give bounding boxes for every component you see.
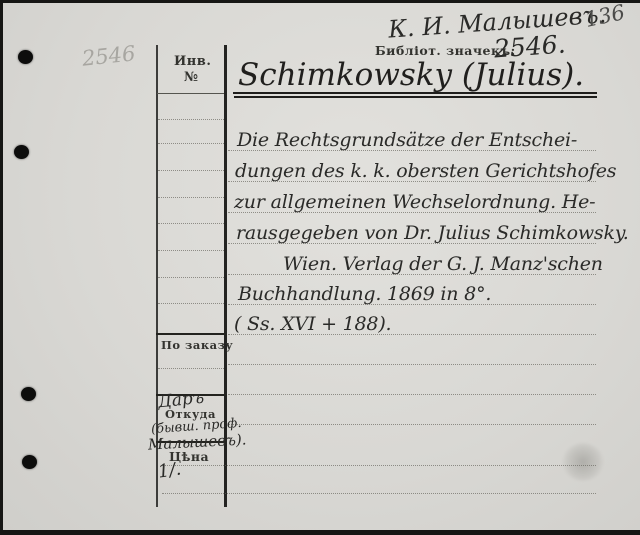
column-ruled-line — [158, 143, 224, 144]
body-line: ( Ss. XVI + 188). — [234, 315, 391, 334]
column-ruled-line — [158, 223, 224, 224]
price-value: 1/. — [157, 460, 183, 481]
main-ruled-line — [228, 424, 596, 425]
smudge-mark — [562, 443, 604, 481]
scan-edge-left — [0, 0, 3, 535]
body-line: dungen des k. k. obersten Gerichtshofes — [235, 162, 616, 181]
punch-hole — [21, 387, 36, 401]
body-line: Die Rechtsgrundsätze der Entschei- — [237, 131, 577, 150]
page-number: 136 — [583, 2, 627, 31]
heading-underline — [233, 92, 597, 94]
column-rule — [157, 93, 224, 94]
punch-hole — [22, 455, 37, 469]
full-width-ruled-line — [162, 465, 596, 466]
inventory-label: Инв. — [174, 55, 211, 68]
column-ruled-line — [158, 277, 224, 278]
body-line: rausgegeben von Dr. Julius Schimkowsky. — [236, 224, 629, 243]
body-line: Wien. Verlag der G. J. Manz'schen — [283, 255, 603, 274]
main-ruled-line — [228, 394, 596, 395]
card-heading: Schimkowsky (Julius). — [238, 60, 584, 91]
body-line: zur allgemeinen Wechselordnung. He- — [234, 193, 595, 212]
column-section-line — [156, 333, 226, 335]
main-ruled-line — [228, 364, 596, 365]
column-ruled-line — [158, 368, 224, 369]
column-ruled-line — [158, 119, 224, 120]
scanned-catalog-card: 2546 К. И. Малышевъ. 136 Библіот. значек… — [0, 0, 640, 535]
scan-edge-top — [0, 0, 640, 3]
inventory-number-sign: № — [184, 71, 199, 84]
body-line: Buchhandlung. 1869 in 8°. — [238, 285, 491, 304]
punch-hole — [14, 145, 29, 159]
pencil-note: 2546 — [81, 43, 136, 69]
column-ruled-line — [158, 197, 224, 198]
heading-underline — [234, 96, 597, 98]
full-width-ruled-line — [162, 493, 596, 494]
column-ruled-line — [158, 170, 224, 171]
scan-edge-bottom — [0, 530, 640, 535]
column-ruled-line — [158, 303, 224, 304]
punch-hole — [18, 50, 33, 64]
column-ruled-line — [158, 250, 224, 251]
order-label: По заказу — [161, 340, 233, 352]
